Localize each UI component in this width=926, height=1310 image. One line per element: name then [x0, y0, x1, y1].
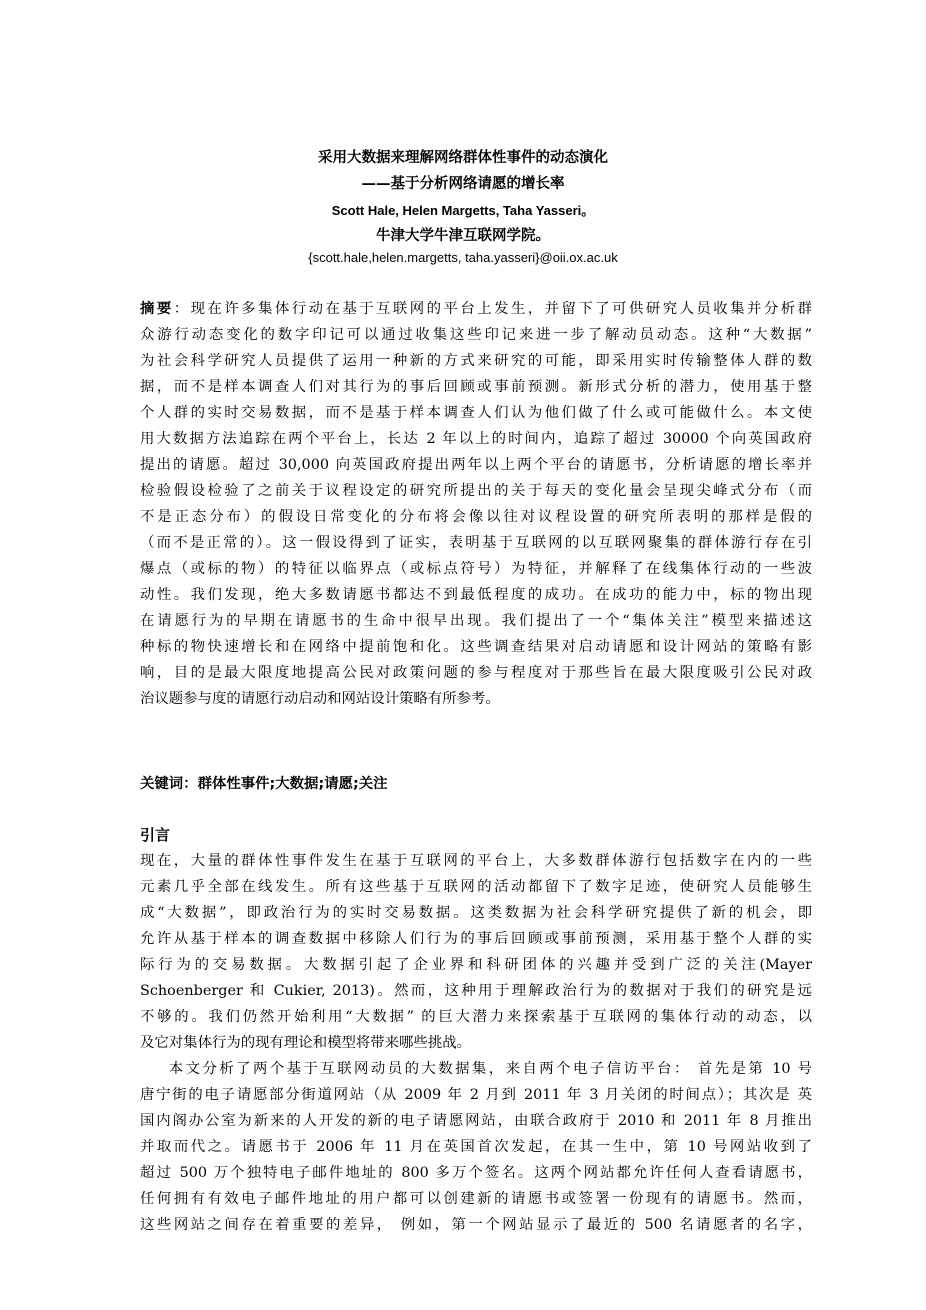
abstract-line: 提出的请愿。超过 30,000 向英国政府提出两年以上两个平台的请愿书，分析请愿… — [140, 452, 812, 478]
body-line: 元素几乎全部在线发生。所有这些基于互联网的活动都留下了数字足迹，使研究人员能够生 — [140, 874, 812, 900]
paper-authors: Scott Hale, Helen Margetts, Taha Yasseri… — [0, 200, 926, 219]
body-line: 不够的。我们仍然开始利用“大数据” 的巨大潜力来探索基于互联网的集体行动的动态，… — [140, 1004, 812, 1030]
body-line: 成“大数据”，即政治行为的实时交易数据。这类数据为社会科学研究提供了新的机会，即 — [140, 900, 812, 926]
body-line: 允许从基于样本的调查数据中移除人们行为的事后回顾或事前预测，采用基于整个人群的实 — [140, 926, 812, 952]
body-line: 现在，大量的群体性事件发生在基于互联网的平台上，大多数群体游行包括数字在内的一些 — [140, 848, 812, 874]
abstract-line: （而不是正常的）。这一假设得到了证实，表明基于互联网的以互联网聚集的群体游行存在… — [140, 530, 812, 556]
abstract-line: 爆点（或标的物）的特征以临界点（或标点符号）为特征，并解释了在线集体行动的一些波 — [140, 556, 812, 582]
body-line: 及它对集体行为的现有理论和模型将带来哪些挑战。 — [140, 1030, 812, 1056]
abstract-line: 检验假设检验了之前关于议程设定的研究所提出的关于每天的变化量会呈现尖峰式分布（而 — [140, 478, 812, 504]
body-line: 任何拥有有效电子邮件地址的用户都可以创建新的请愿书或签署一份现有的请愿书。然而， — [140, 1186, 812, 1212]
intro-paragraph-1: 现在，大量的群体性事件发生在基于互联网的平台上，大多数群体游行包括数字在内的一些… — [140, 848, 812, 1056]
section-heading-introduction: 引言 — [140, 824, 170, 845]
abstract-line: 摘要：现在许多集体行动在基于互联网的平台上发生，并留下了可供研究人员收集并分析群 — [140, 296, 812, 322]
paper-subtitle: ——基于分析网络请愿的增长率 — [0, 172, 926, 193]
abstract-line: 响，目的是最大限度地提高公民对政策问题的参与程度对于那些旨在最大限度吸引公民对政 — [140, 660, 812, 686]
abstract-line: 据，而不是样本调查人们对其行为的事后回顾或事前预测。新形式分析的潜力，使用基于整 — [140, 374, 812, 400]
abstract: 摘要：现在许多集体行动在基于互联网的平台上发生，并留下了可供研究人员收集并分析群… — [140, 296, 812, 712]
body-line: 唐宁街的电子请愿部分街道网站（从 2009 年 2 月到 2011 年 3 月关… — [140, 1082, 812, 1108]
abstract-line: 用大数据方法追踪在两个平台上，长达 2 年以上的时间内，追踪了超过 30000 … — [140, 426, 812, 452]
body-line: 超过 500 万个独特电子邮件地址的 800 多万个签名。这两个网站都允许任何人… — [140, 1160, 812, 1186]
body-line: 国内阁办公室为新来的人开发的新的电子请愿网站，由联合政府于 2010 和 201… — [140, 1108, 812, 1134]
abstract-line: 在请愿行为的早期在请愿书的生命中很早出现。我们提出了一个“集体关注”模型来描述这 — [140, 608, 812, 634]
body-line: 际行为的交易数据。大数据引起了企业界和科研团体的兴趣并受到广泛的关注(Mayer — [140, 952, 812, 978]
abstract-line: 治议题参与度的请愿行动启动和网站设计策略有所参考。 — [140, 686, 812, 712]
abstract-line: 为社会科学研究人员提供了运用一种新的方式来研究的可能，即采用实时传输整体人群的数 — [140, 348, 812, 374]
body-line: 这些网站之间存在着重要的差异， 例如，第一个网站显示了最近的 500 名请愿者的… — [140, 1212, 812, 1238]
keywords: 关键词：群体性事件;大数据;请愿;关注 — [140, 772, 388, 793]
abstract-line: 动性。我们发现，绝大多数请愿书都达不到最低程度的成功。在成功的能力中，标的物出现 — [140, 582, 812, 608]
paper-affiliation: 牛津大学牛津互联网学院。 — [0, 224, 926, 245]
abstract-line: 种标的物快速增长和在网络中提前饱和化。这些调查结果对启动请愿和设计网站的策略有影 — [140, 634, 812, 660]
abstract-line: 个人群的实时交易数据，而不是基于样本调查人们认为他们做了什么或可能做什么。本文使 — [140, 400, 812, 426]
abstract-line: 众游行动态变化的数字印记可以通过收集这些印记来进一步了解动员动态。这种“大数据” — [140, 322, 812, 348]
body-line: 并取而代之。请愿书于 2006 年 11 月在英国首次发起，在其一生中，第 10… — [140, 1134, 812, 1160]
body-line: Schoenberger 和 Cukier, 2013)。然而，这种用于理解政治… — [140, 978, 812, 1004]
author-emails: {scott.hale,helen.margetts, taha.yasseri… — [0, 250, 926, 265]
abstract-label: 摘要 — [140, 301, 174, 317]
intro-paragraph-2: 本文分析了两个基于互联网动员的大数据集，来自两个电子信访平台： 首先是第 10 … — [140, 1056, 812, 1238]
body-line: 本文分析了两个基于互联网动员的大数据集，来自两个电子信访平台： 首先是第 10 … — [140, 1056, 812, 1082]
abstract-line: 不是正态分布）的假设日常变化的分布将会像以往对议程设置的研究所表明的那样是假的 — [140, 504, 812, 530]
paper-title: 采用大数据来理解网络群体性事件的动态演化 — [0, 146, 926, 167]
